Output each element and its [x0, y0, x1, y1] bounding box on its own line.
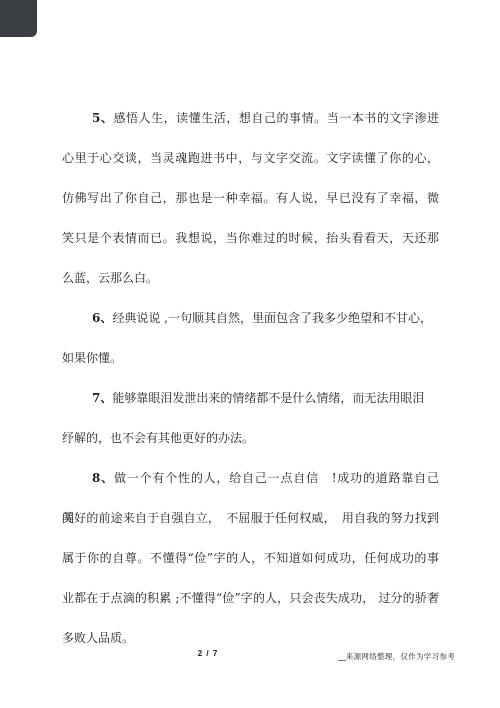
line-text: 如果你懂。	[62, 351, 122, 365]
line-text: 仿佛写出了你自己，那也是一种幸福。有人说，早已没有了幸福，微	[62, 191, 439, 205]
footer-note-text: 来源网络整理，仅作为学习参考	[346, 652, 455, 661]
line-text: 美好的前途来自于自强自立， 不屈服于任何权威， 用自我的努力找到	[62, 511, 439, 525]
page-number: 2 / 7	[186, 649, 230, 658]
paragraph-line: 如果你懂。	[62, 338, 439, 378]
paragraph-line: 8、做一个有个性的人，给自己一点自信 !成功的道路靠自己闯，	[62, 458, 439, 498]
paragraph-line: 笑只是个表情而已。我想说，当你难过的时候，抬头看看天，天还那	[62, 218, 439, 258]
line-text: 经典说说 ,一句顺其自然，里面包含了我多少绝望和不甘心，	[112, 311, 432, 325]
item-number: 7、	[92, 391, 112, 405]
line-text: 业都在于点滴的积累 ;不懂得“俭”字的人，只会丧失成功， 过分的骄奢	[62, 591, 439, 605]
footer-note-underline: __	[338, 652, 346, 661]
line-text: 心里于心交谈，当灵魂跑进书中，与文字交流。文字读懂了你的心，	[62, 151, 439, 165]
line-text: 感悟人生，读懂生活，想自己的事情。当一本书的文字渗进	[113, 111, 439, 125]
paragraph-line: 美好的前途来自于自强自立， 不屈服于任何权威， 用自我的努力找到	[62, 498, 439, 538]
paragraph-line: 心里于心交谈，当灵魂跑进书中，与文字交流。文字读懂了你的心，	[62, 138, 439, 178]
paragraph-line: 业都在于点滴的积累 ;不懂得“俭”字的人，只会丧失成功， 过分的骄奢	[62, 578, 439, 618]
paragraph-line: 么蓝，云那么白。	[62, 258, 439, 298]
line-text: 笑只是个表情而已。我想说，当你难过的时候，抬头看看天，天还那	[62, 231, 439, 245]
paragraph-line: 纾解的，也不会有其他更好的办法。	[62, 418, 439, 458]
paragraph-line: 7、能够靠眼泪发泄出来的情绪都不是什么情绪，而无法用眼泪	[62, 378, 439, 418]
line-text: 么蓝，云那么白。	[62, 271, 158, 285]
item-number: 6、	[92, 311, 112, 325]
line-text: 属于你的自尊。不懂得“俭”字的人，不知道如何成功，任何成功的事	[62, 551, 439, 565]
paragraph-line: 属于你的自尊。不懂得“俭”字的人，不知道如何成功，任何成功的事	[62, 538, 439, 578]
item-number: 5、	[92, 111, 113, 125]
item-number: 8、	[92, 471, 114, 485]
paragraph-line: 仿佛写出了你自己，那也是一种幸福。有人说，早已没有了幸福，微	[62, 178, 439, 218]
paragraph-line: 6、经典说说 ,一句顺其自然，里面包含了我多少绝望和不甘心，	[62, 298, 439, 338]
line-text: 多败人品质。	[62, 631, 134, 645]
footer-note: __来源网络整理，仅作为学习参考	[338, 651, 455, 662]
line-text: 能够靠眼泪发泄出来的情绪都不是什么情绪，而无法用眼泪	[112, 391, 424, 405]
page-corner-overlay	[0, 0, 37, 37]
document-body: 5、感悟人生，读懂生活，想自己的事情。当一本书的文字渗进 心里于心交谈，当灵魂跑…	[62, 98, 439, 658]
paragraph-line: 5、感悟人生，读懂生活，想自己的事情。当一本书的文字渗进	[62, 98, 439, 138]
line-text: 纾解的，也不会有其他更好的办法。	[62, 431, 254, 445]
